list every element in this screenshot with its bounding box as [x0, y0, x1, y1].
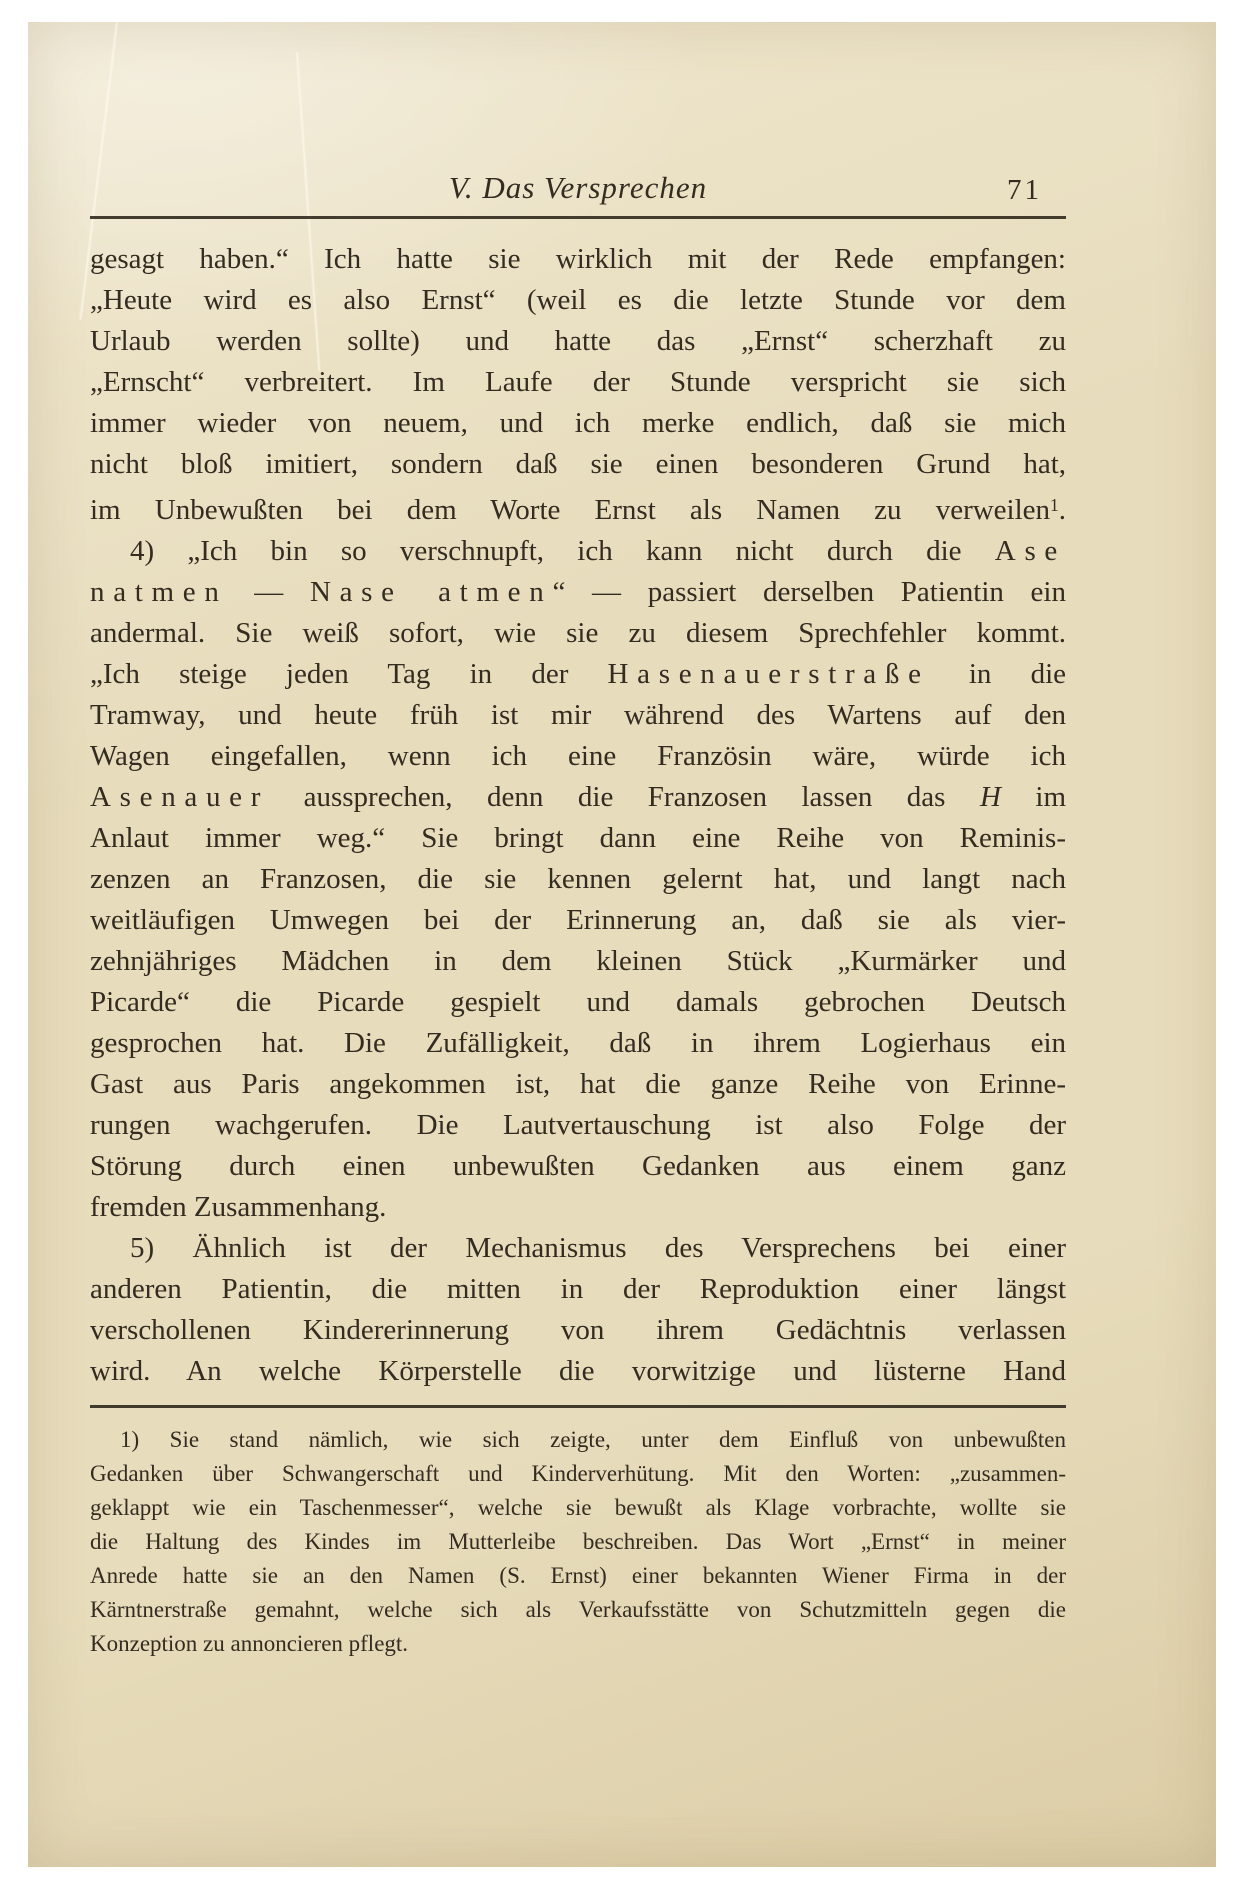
footnote-rule: [90, 1405, 1066, 1408]
text-line: gesprochen hat. Die Zufälligkeit, daß in…: [90, 1023, 1066, 1064]
text-run: zehnjähriges Mädchen in dem kleinen Stüc…: [90, 945, 1066, 977]
text-run: Tramway, und heute früh ist mir während …: [90, 699, 1066, 731]
text-run: 1) Sie stand nämlich, wie sich zeigte, u…: [120, 1427, 1066, 1452]
text-run: weitläufigen Umwegen bei der Erinnerung …: [90, 904, 1066, 936]
text-run: verschollenen Kindererinnerung von ihrem…: [90, 1314, 1066, 1346]
text-line: fremden Zusammenhang.: [90, 1187, 1066, 1228]
text-run: fremden Zusammenhang.: [90, 1191, 386, 1223]
text-line: natmen — Nase atmen“ — passiert derselbe…: [90, 572, 1066, 613]
text-line: zehnjähriges Mädchen in dem kleinen Stüc…: [90, 941, 1066, 982]
text-run: „Ich steige jeden Tag in der: [90, 658, 608, 690]
text-run: aussprechen, denn die Franzosen lassen d…: [269, 781, 980, 813]
text-run: “: [552, 576, 565, 608]
text-run: gesagt haben.“ Ich hatte sie wirklich mi…: [90, 243, 1066, 275]
text-line: wird. An welche Körperstelle die vorwitz…: [90, 1351, 1066, 1392]
footnote-text: 1) Sie stand nämlich, wie sich zeigte, u…: [90, 1423, 1066, 1661]
italic-text-run: H: [980, 781, 1001, 813]
text-run: .: [1059, 494, 1066, 526]
text-line: Wagen eingefallen, wenn ich eine Französ…: [90, 736, 1066, 777]
text-run: wird. An welche Körperstelle die vorwitz…: [90, 1355, 1066, 1387]
body-text: gesagt haben.“ Ich hatte sie wirklich mi…: [90, 239, 1066, 1392]
text-line: Tramway, und heute früh ist mir während …: [90, 695, 1066, 736]
text-line: verschollenen Kindererinnerung von ihrem…: [90, 1310, 1066, 1351]
text-run: Konzeption zu annoncieren pflegt.: [90, 1631, 408, 1656]
text-run: immer wieder von neuem, und ich merke en…: [90, 407, 1066, 439]
text-line: Anlaut immer weg.“ Sie bringt dann eine …: [90, 818, 1066, 859]
text-line: gesagt haben.“ Ich hatte sie wirklich mi…: [90, 239, 1066, 280]
page-content: V. Das Versprechen 71 gesagt haben.“ Ich…: [90, 22, 1066, 1661]
text-line: 1) Sie stand nämlich, wie sich zeigte, u…: [90, 1423, 1066, 1457]
text-line: Konzeption zu annoncieren pflegt.: [90, 1627, 1066, 1661]
text-line: die Haltung des Kindes im Mutterleibe be…: [90, 1525, 1066, 1559]
text-line: im Unbewußten bei dem Worte Ernst als Na…: [90, 485, 1066, 531]
text-line: Anrede hatte sie an den Namen (S. Ernst)…: [90, 1559, 1066, 1593]
text-line: anderen Patientin, die mitten in der Rep…: [90, 1269, 1066, 1310]
text-line: „Heute wird es also Ernst“ (weil es die …: [90, 280, 1066, 321]
text-run: Gast aus Paris angekommen ist, hat die g…: [90, 1068, 1066, 1100]
text-line: weitläufigen Umwegen bei der Erinnerung …: [90, 900, 1066, 941]
text-run: Anlaut immer weg.“ Sie bringt dann eine …: [90, 822, 1066, 854]
text-line: nicht bloß imitiert, sondern daß sie ein…: [90, 444, 1066, 485]
letterspaced-text-run: Hasenauerstraße: [608, 658, 930, 690]
letterspaced-text-run: Ase: [995, 535, 1066, 567]
text-run: nicht bloß imitiert, sondern daß sie ein…: [90, 448, 1066, 480]
text-line: „Ernscht“ verbreitert. Im Laufe der Stun…: [90, 362, 1066, 403]
text-line: Urlaub werden sollte) und hatte das „Ern…: [90, 321, 1066, 362]
footnote-marker: 1: [1050, 495, 1059, 515]
text-line: Gedanken über Schwangerschaft und Kinder…: [90, 1457, 1066, 1491]
text-run: im: [1001, 781, 1066, 813]
text-run: —: [228, 576, 310, 608]
text-run: „Heute wird es also Ernst“ (weil es die …: [90, 284, 1066, 316]
text-run: Gedanken über Schwangerschaft und Kinder…: [90, 1461, 1066, 1486]
text-run: im Unbewußten bei dem Worte Ernst als Na…: [90, 494, 1050, 526]
text-run: 5) Ähnlich ist der Mechanismus des Versp…: [130, 1232, 1066, 1264]
text-line: Picarde“ die Picarde gespielt und damals…: [90, 982, 1066, 1023]
text-line: andermal. Sie weiß sofort, wie sie zu di…: [90, 613, 1066, 654]
text-line: Gast aus Paris angekommen ist, hat die g…: [90, 1064, 1066, 1105]
text-run: „Ernscht“ verbreitert. Im Laufe der Stun…: [90, 366, 1066, 398]
text-run: Picarde“ die Picarde gespielt und damals…: [90, 986, 1066, 1018]
text-line: „Ich steige jeden Tag in der Hasenauerst…: [90, 654, 1066, 695]
header-rule: [90, 216, 1066, 219]
book-page: V. Das Versprechen 71 gesagt haben.“ Ich…: [28, 22, 1216, 1867]
text-run: anderen Patientin, die mitten in der Rep…: [90, 1273, 1066, 1305]
text-run: zenzen an Franzosen, die sie kennen gele…: [90, 863, 1066, 895]
letterspaced-text-run: natmen: [90, 576, 228, 608]
text-line: Kärntnerstraße gemahnt, welche sich als …: [90, 1593, 1066, 1627]
text-line: Störung durch einen unbewußten Gedanken …: [90, 1146, 1066, 1187]
text-line: immer wieder von neuem, und ich merke en…: [90, 403, 1066, 444]
text-run: Urlaub werden sollte) und hatte das „Ern…: [90, 325, 1066, 357]
text-run: gesprochen hat. Die Zufälligkeit, daß in…: [90, 1027, 1066, 1059]
chapter-title: V. Das Versprechen: [449, 170, 707, 205]
page-header: V. Das Versprechen 71: [90, 168, 1066, 208]
text-run: 4) „Ich bin so verschnupft, ich kann nic…: [130, 535, 995, 567]
text-run: geklappt wie ein Taschenmesser“, welche …: [90, 1495, 1066, 1520]
text-run: rungen wachgerufen. Die Lautvertauschung…: [90, 1109, 1066, 1141]
letterspaced-text-run: Asenauer: [90, 781, 269, 813]
text-line: zenzen an Franzosen, die sie kennen gele…: [90, 859, 1066, 900]
letterspaced-text-run: Nase atmen: [310, 576, 553, 608]
text-run: Kärntnerstraße gemahnt, welche sich als …: [90, 1597, 1066, 1622]
text-line: rungen wachgerufen. Die Lautvertauschung…: [90, 1105, 1066, 1146]
text-run: andermal. Sie weiß sofort, wie sie zu di…: [90, 617, 1066, 649]
page-number: 71: [1007, 170, 1042, 210]
text-run: — passiert derselben Patientin ein: [565, 576, 1066, 608]
text-run: die Haltung des Kindes im Mutterleibe be…: [90, 1529, 1066, 1554]
text-run: Anrede hatte sie an den Namen (S. Ernst)…: [90, 1563, 1066, 1588]
text-line: 4) „Ich bin so verschnupft, ich kann nic…: [90, 531, 1066, 572]
text-line: geklappt wie ein Taschenmesser“, welche …: [90, 1491, 1066, 1525]
text-run: Störung durch einen unbewußten Gedanken …: [90, 1150, 1066, 1182]
text-line: Asenauer aussprechen, denn die Franzosen…: [90, 777, 1066, 818]
text-line: 5) Ähnlich ist der Mechanismus des Versp…: [90, 1228, 1066, 1269]
text-run: Wagen eingefallen, wenn ich eine Französ…: [90, 740, 1066, 772]
text-run: in die: [930, 658, 1066, 690]
